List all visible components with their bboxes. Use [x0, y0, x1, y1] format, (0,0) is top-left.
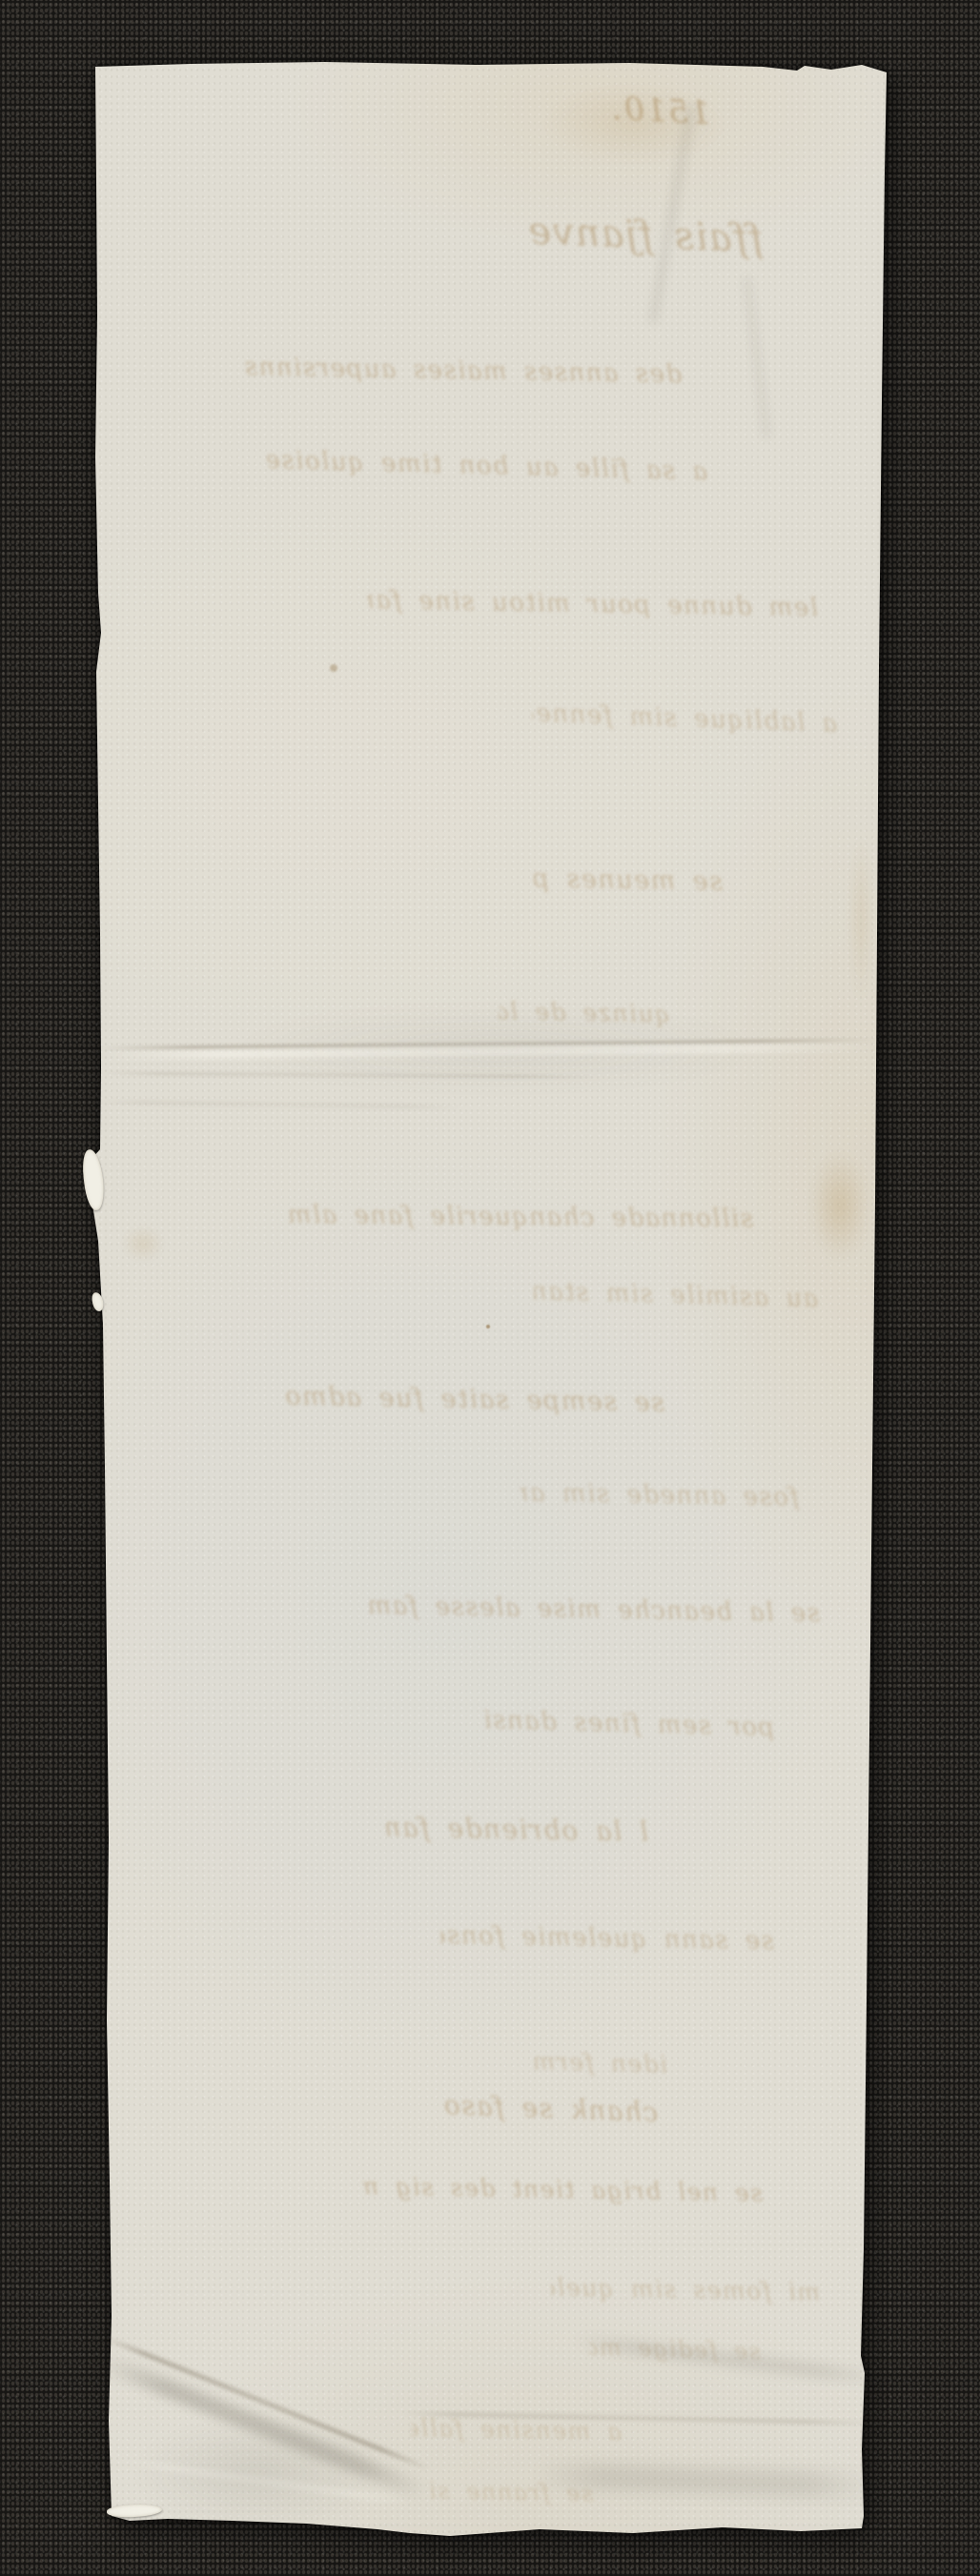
background-fabric: 1510.ffais fjanvedes annses maises auper…: [0, 0, 980, 2576]
heading-showthrough: ffais fjanve: [473, 208, 764, 287]
ink-showthrough-line: l la obriende fam: [386, 1811, 649, 1863]
stain-gray: [91, 2402, 424, 2545]
stain-dot: [486, 1325, 490, 1329]
stain-warm: [505, 71, 763, 176]
ink-showthrough-line: se la beanche mise alesse fammes: [364, 1592, 821, 1644]
stain-warm: [799, 1129, 881, 1282]
ink-showthrough-line: fose annede sim anse: [520, 1479, 800, 1529]
ink-showthrough-line: sillonnade chanquerile fane almes: [286, 1201, 753, 1249]
ink-showthrough-line: iden ferme: [533, 2047, 667, 2094]
ink-showthrough-line: se sempe saite fue admone: [283, 1382, 665, 1435]
ink-showthrough-line: se sann quelemie fonses: [440, 1921, 775, 1972]
ink-showthrough-line: se nel briga tient des sig mane: [362, 2172, 764, 2221]
stain-warm: [114, 1220, 172, 1268]
ink-showthrough-line: por sem fines dansine: [480, 1706, 774, 1758]
stain-dot: [330, 664, 337, 672]
ink-showthrough-line: mi fomes sim quelonne: [551, 2274, 821, 2322]
ink-showthrough-line: des annses maises aupersinns: [229, 353, 683, 405]
stain-gray: [133, 991, 858, 1105]
ink-showthrough-line: a mensine falle: [410, 2414, 623, 2461]
ink-showthrough-line: au asimile sim stanin: [533, 1277, 818, 1329]
ink-showthrough-line: lem dunne pour mitou sine fammes: [367, 586, 819, 639]
ink-showthrough-line: se meunes pon: [534, 864, 724, 914]
paper-shadow-wrap: 1510.ffais fjanvedes annses maises auper…: [0, 0, 980, 2576]
paper-sheet: 1510.ffais fjanvedes annses maises auper…: [0, 0, 980, 2576]
ink-showthrough-line: chank se fasoile: [442, 2089, 659, 2144]
